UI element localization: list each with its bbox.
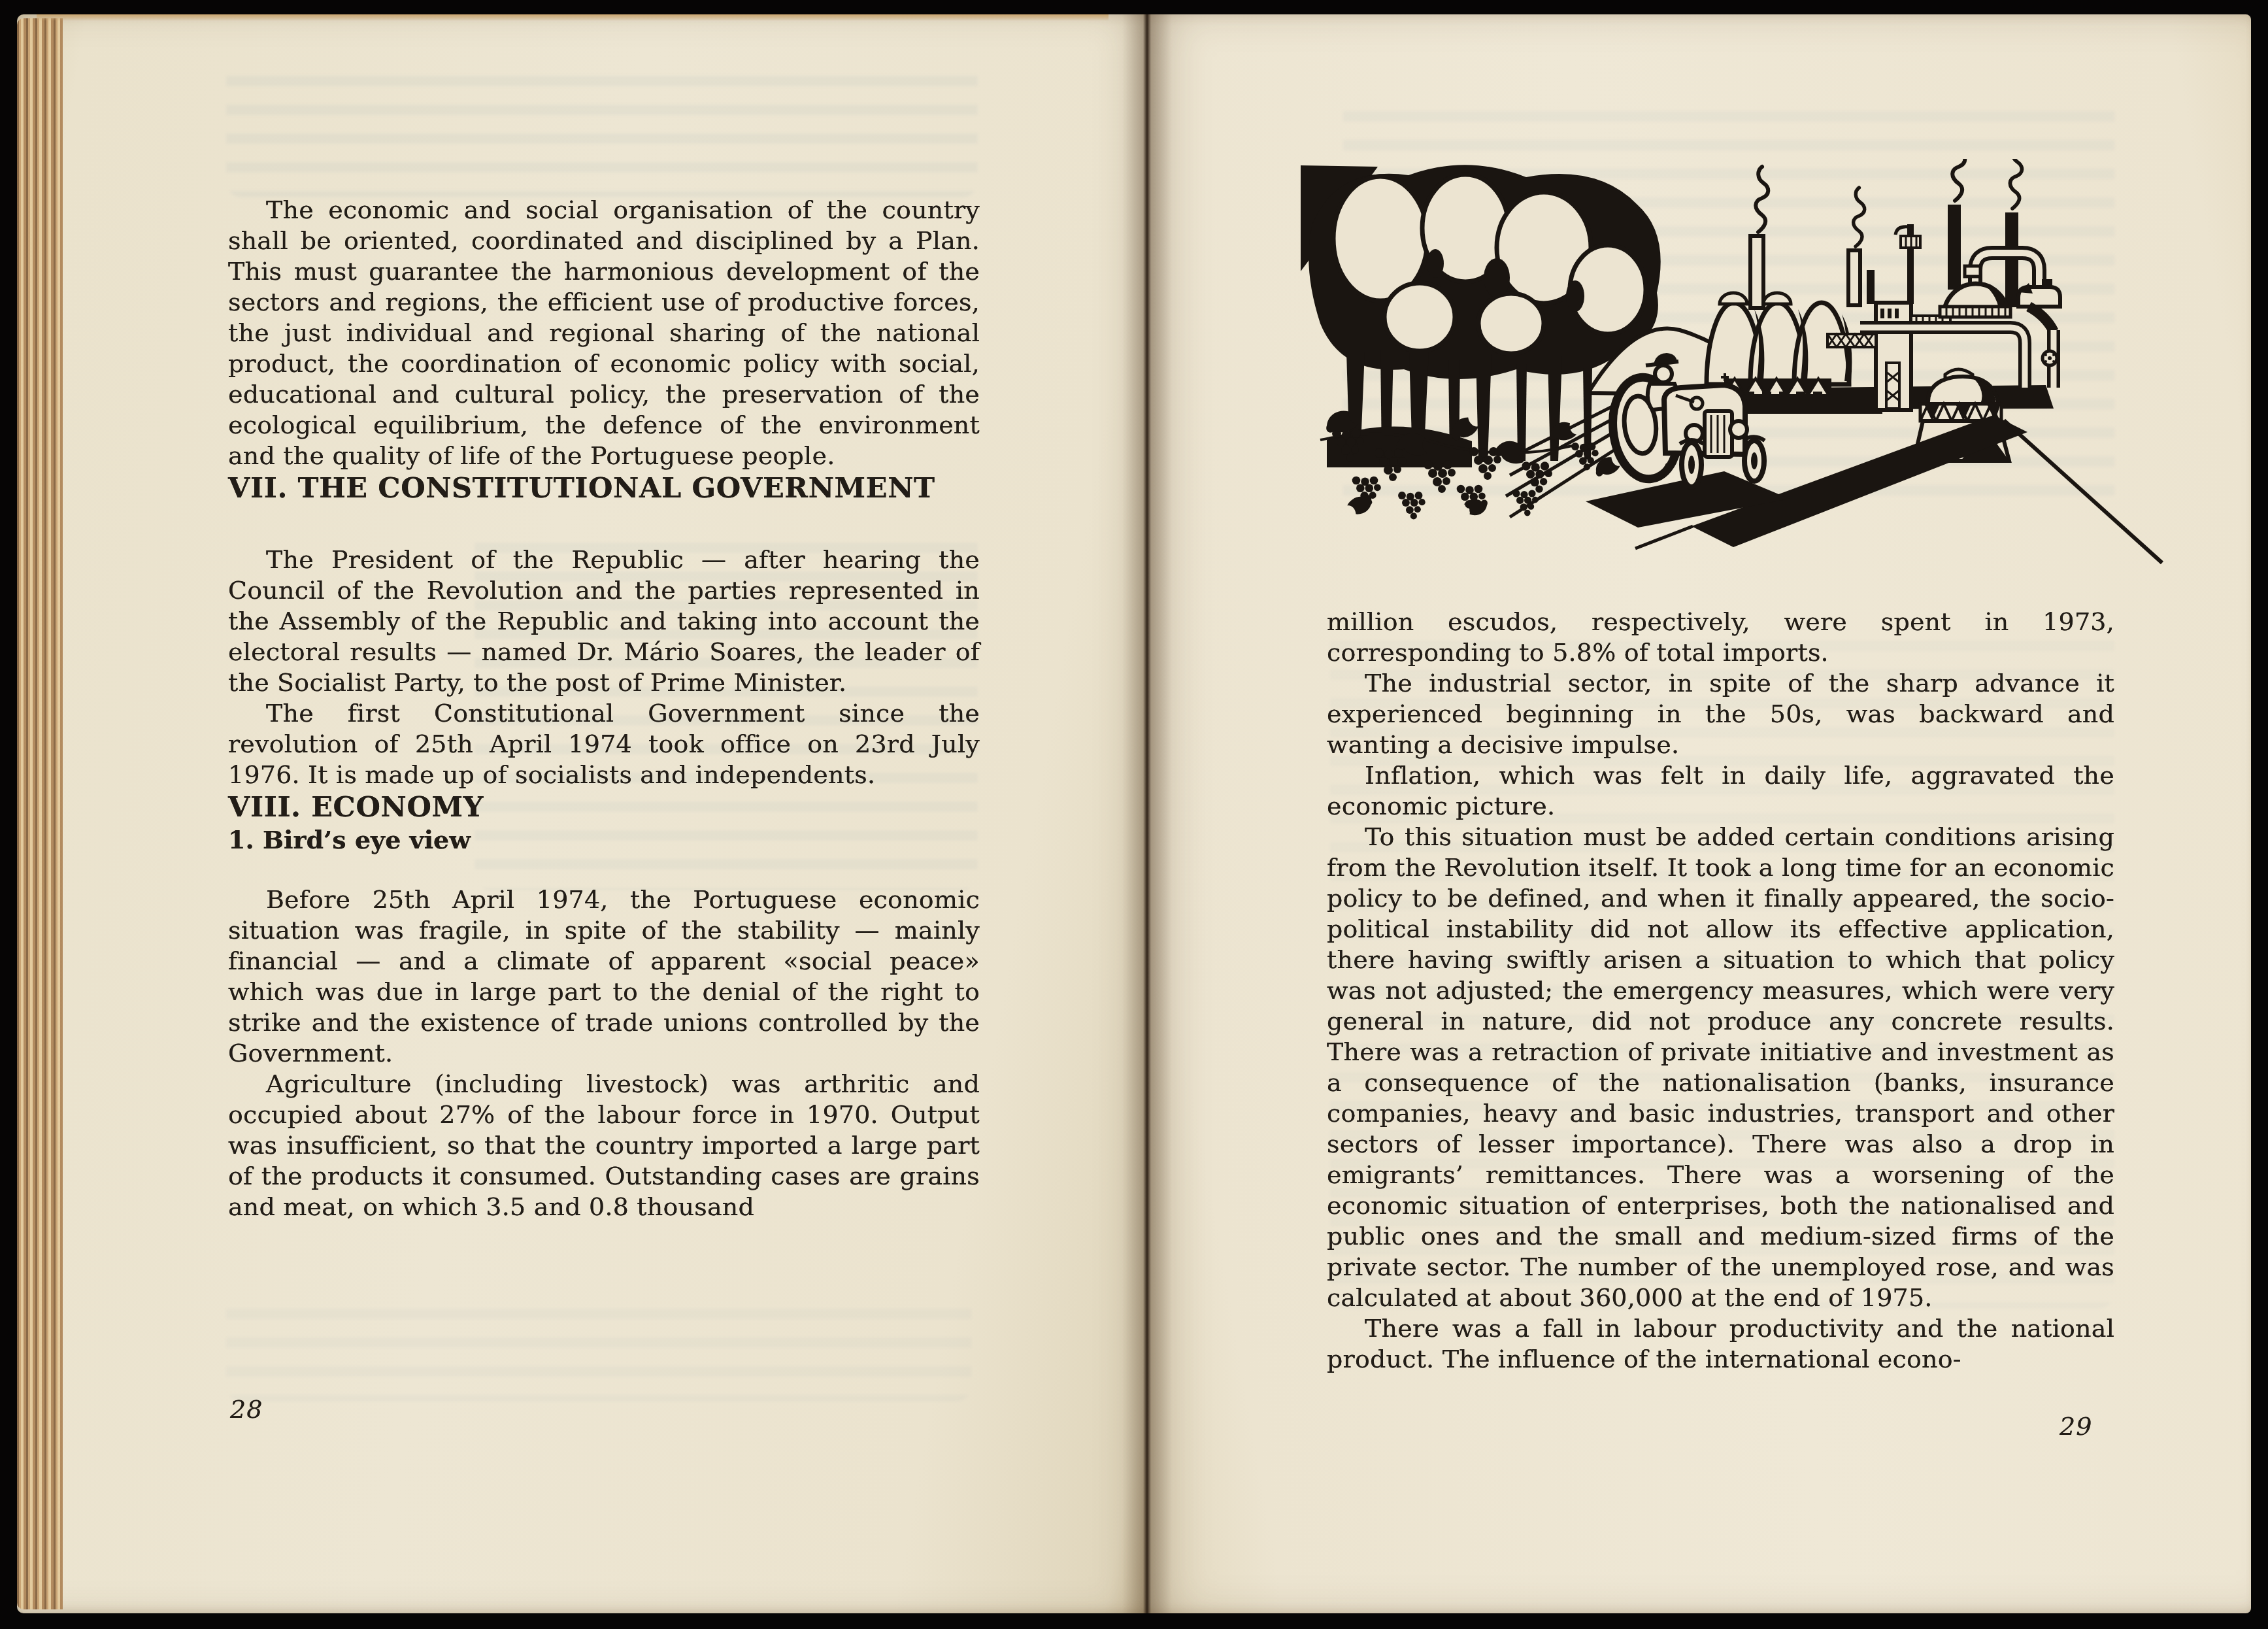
- body-paragraph: There was a fall in labour productivity …: [1327, 1313, 2114, 1375]
- illustration: [1301, 159, 2170, 598]
- left-page-text-column: The economic and social organisation of …: [228, 195, 980, 1222]
- book-spine-gutter: [1122, 14, 1172, 1613]
- section-heading-viii: VIII. ECONOMY: [228, 790, 980, 824]
- right-page: million escudos, respectively, were spen…: [1147, 14, 2251, 1613]
- section-heading-vii: VII. THE CONSTITUTIONAL GOVERNMENT: [228, 471, 980, 505]
- book-scan: The economic and social organisation of …: [0, 0, 2268, 1629]
- body-paragraph: The President of the Republic — after he…: [228, 545, 980, 698]
- right-page-text-column: million escudos, respectively, were spen…: [1327, 607, 2114, 1375]
- body-paragraph: Before 25th April 1974, the Portuguese e…: [228, 884, 980, 1069]
- subsection-heading: 1. Bird’s eye view: [228, 824, 980, 856]
- countryside-to-factory-drawing: [1301, 159, 2170, 598]
- page-top-edge: [37, 14, 1109, 21]
- body-paragraph: The industrial sector, in spite of the s…: [1327, 668, 2114, 760]
- left-page: The economic and social organisation of …: [17, 14, 1147, 1613]
- body-paragraph: million escudos, respectively, were spen…: [1327, 607, 2114, 668]
- body-paragraph: To this situation must be added certain …: [1327, 822, 2114, 1313]
- body-paragraph: The first Constitutional Government sinc…: [228, 698, 980, 790]
- tree-grove: [1301, 165, 1661, 379]
- page-number-left: 28: [230, 1395, 263, 1424]
- body-paragraph: Inflation, which was felt in daily life,…: [1327, 760, 2114, 822]
- show-through-text: [226, 1290, 971, 1402]
- page-edge-stack: [17, 18, 63, 1609]
- page-number-right: 29: [2060, 1412, 2092, 1441]
- show-through-text: [226, 58, 978, 197]
- intro-paragraph: The economic and social organisation of …: [228, 195, 980, 471]
- factory-complex: [1693, 159, 2060, 461]
- body-paragraph: Agriculture (including livestock) was ar…: [228, 1069, 980, 1222]
